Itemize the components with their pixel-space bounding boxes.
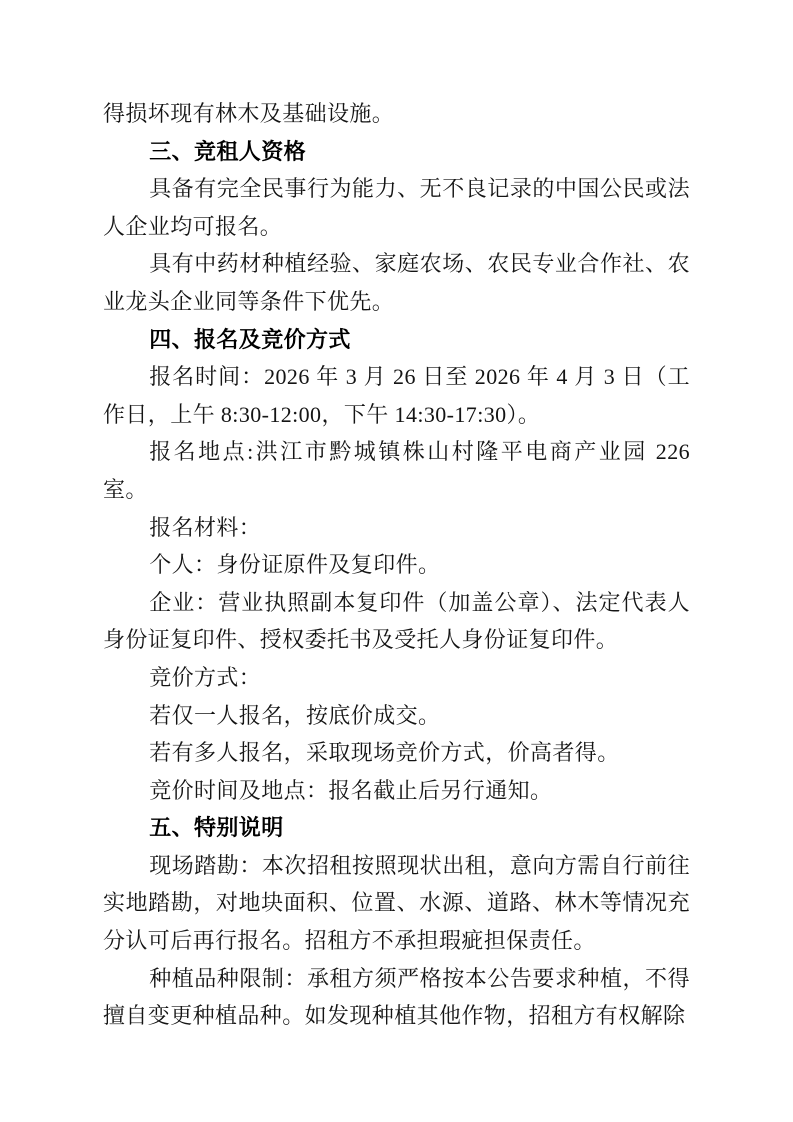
paragraph: 具有中药材种植经验、家庭农场、农民专业合作社、农业龙头企业同等条件下优先。 bbox=[103, 245, 690, 320]
document-content: 得损坏现有林木及基础设施。 三、竞租人资格 具备有完全民事行为能力、无不良记录的… bbox=[103, 95, 690, 1035]
paragraph: 种植品种限制：承租方须严格按本公告要求种植，不得擅自变更种植品种。如发现种植其他… bbox=[103, 960, 690, 1035]
paragraph: 报名时间：2026 年 3 月 26 日至 2026 年 4 月 3 日（工作日… bbox=[103, 358, 690, 433]
paragraph: 竞价方式： bbox=[103, 659, 690, 697]
paragraph: 得损坏现有林木及基础设施。 bbox=[103, 95, 690, 133]
paragraph: 若仅一人报名，按底价成交。 bbox=[103, 697, 690, 735]
paragraph: 现场踏勘：本次招租按照现状出租，意向方需自行前往实地踏勘，对地块面积、位置、水源… bbox=[103, 847, 690, 960]
section-heading: 三、竞租人资格 bbox=[103, 133, 690, 171]
document-page: 得损坏现有林木及基础设施。 三、竞租人资格 具备有完全民事行为能力、无不良记录的… bbox=[0, 0, 793, 1122]
paragraph: 具备有完全民事行为能力、无不良记录的中国公民或法人企业均可报名。 bbox=[103, 170, 690, 245]
paragraph: 竞价时间及地点：报名截止后另行通知。 bbox=[103, 772, 690, 810]
paragraph: 企业：营业执照副本复印件（加盖公章）、法定代表人身份证复印件、授权委托书及受托人… bbox=[103, 584, 690, 659]
paragraph: 若有多人报名，采取现场竞价方式，价高者得。 bbox=[103, 734, 690, 772]
section-heading: 五、特别说明 bbox=[103, 809, 690, 847]
paragraph: 报名地点:洪江市黔城镇株山村隆平电商产业园 226 室。 bbox=[103, 433, 690, 508]
paragraph: 报名材料： bbox=[103, 509, 690, 547]
paragraph: 个人：身份证原件及复印件。 bbox=[103, 546, 690, 584]
section-heading: 四、报名及竞价方式 bbox=[103, 321, 690, 359]
